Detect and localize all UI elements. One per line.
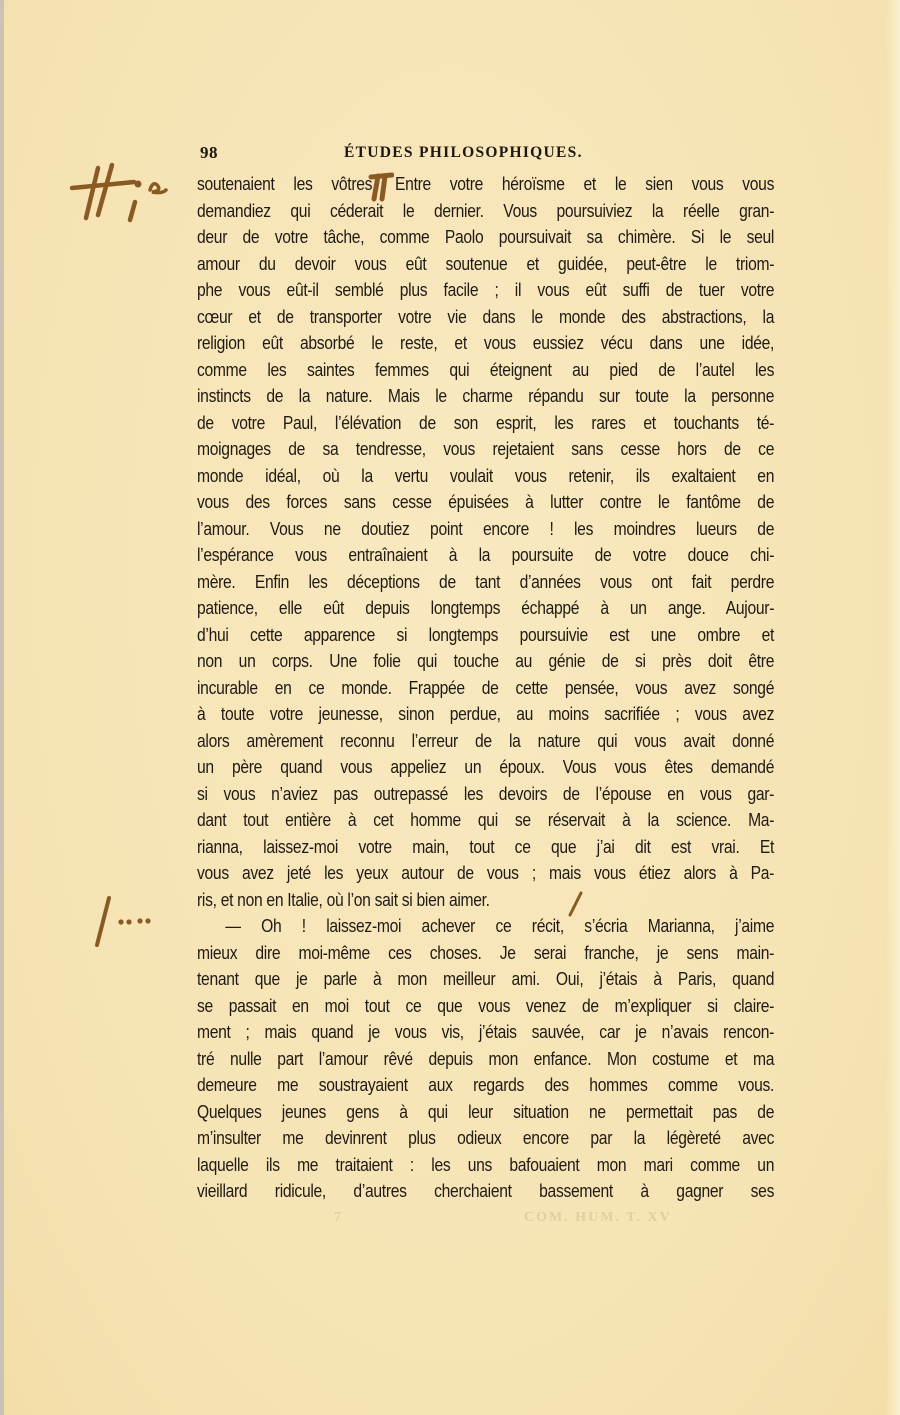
text-line: à toute votre jeunesse, sinon perdue, au…: [197, 701, 774, 728]
text-line: cœur et de transporter votre vie dans le…: [197, 304, 774, 331]
text-line: non un corps. Une folie qui touche au gé…: [197, 648, 774, 675]
text-line: un père quand vous appeliez un époux. Vo…: [197, 754, 774, 781]
text-line: de votre Paul, l’élévation de son esprit…: [197, 410, 774, 437]
page-edge: [886, 0, 900, 1415]
text-line: tré nulle part l’amour rêvé depuis mon e…: [197, 1046, 774, 1073]
text-line: comme les saintes femmes qui éteignent a…: [197, 357, 774, 384]
text-line: tenant que je parle à mon meilleur ami. …: [197, 966, 774, 993]
text-line: laquelle ils me traitaient : les uns baf…: [197, 1152, 774, 1179]
text-line: vous avez jeté les yeux autour de vous ;…: [197, 860, 774, 887]
margin-annotation-hash-icon: [64, 160, 174, 225]
text-line: ment ; mais quand je vous vis, j’étais s…: [197, 1019, 774, 1046]
text-line: amour du devoir vous eût soutenue et gui…: [197, 251, 774, 278]
text-line: d’hui cette apparence si longtemps pours…: [197, 622, 774, 649]
text-line: — Oh ! laissez-moi achever ce récit, s’é…: [197, 913, 774, 940]
text-line: soutenaient les vôtres. Entre votre héro…: [197, 171, 774, 198]
text-line: demandiez qui céderait le dernier. Vous …: [197, 198, 774, 225]
book-page: 98 ÉTUDES PHILOSOPHIQUES. soutenaient le…: [0, 0, 900, 1415]
showthrough-number: 7: [334, 1210, 341, 1226]
text-line: deur de votre tâche, comme Paolo poursui…: [197, 224, 774, 251]
end-mark-slash-icon: [566, 890, 586, 918]
text-line: religion eût absorbé le reste, et vous e…: [197, 330, 774, 357]
running-head: 98 ÉTUDES PHILOSOPHIQUES.: [200, 143, 610, 169]
text-line: demeure me soustrayaient aux regards des…: [197, 1072, 774, 1099]
text-line: moignages de sa tendresse, vous rejetaie…: [197, 436, 774, 463]
text-line: l’espérance vous entraînaient à la pours…: [197, 542, 774, 569]
page-number: 98: [200, 143, 218, 163]
text-line: phe vous eût-il semblé plus facile ; il …: [197, 277, 774, 304]
body-text: soutenaient les vôtres. Entre votre héro…: [197, 171, 774, 1205]
text-line: mère. Enfin les déceptions de tant d’ann…: [197, 569, 774, 596]
text-line: si vous n’aviez pas outrepassé les devoi…: [197, 781, 774, 808]
text-line: ris, et non en Italie, où l’on sait si b…: [197, 887, 774, 914]
text-line: l’amour. Vous ne doutiez point encore ! …: [197, 516, 774, 543]
running-head-title: ÉTUDES PHILOSOPHIQUES.: [344, 144, 583, 162]
text-line: vieillard ridicule, d’autres cherchaient…: [197, 1178, 774, 1205]
text-line: mieux dire moi-même ces choses. Je serai…: [197, 940, 774, 967]
text-line: alors amèrement reconnu l’erreur de la n…: [197, 728, 774, 755]
text-line: Quelques jeunes gens à qui leur situatio…: [197, 1099, 774, 1126]
text-line: vous des forces sans cesse épuisées à lu…: [197, 489, 774, 516]
margin-annotation-paragraph-icon: [74, 890, 164, 950]
text-line: monde idéal, où la vertu voulait vous re…: [197, 463, 774, 490]
text-line: m’insulter me devinrent plus odieux enco…: [197, 1125, 774, 1152]
text-line: dant tout entière à cet homme qui se rés…: [197, 807, 774, 834]
showthrough-signature: COM. HUM. T. XV: [524, 1210, 672, 1226]
new-paragraph-mark-icon: [368, 172, 394, 202]
text-line: patience, elle eût depuis longtemps écha…: [197, 595, 774, 622]
text-line: rianna, laissez-moi votre main, tout ce …: [197, 834, 774, 861]
text-line: incurable en ce monde. Frappée de cette …: [197, 675, 774, 702]
text-line: instincts de la nature. Mais le charme r…: [197, 383, 774, 410]
text-line: se passait en moi tout ce que vous venez…: [197, 993, 774, 1020]
